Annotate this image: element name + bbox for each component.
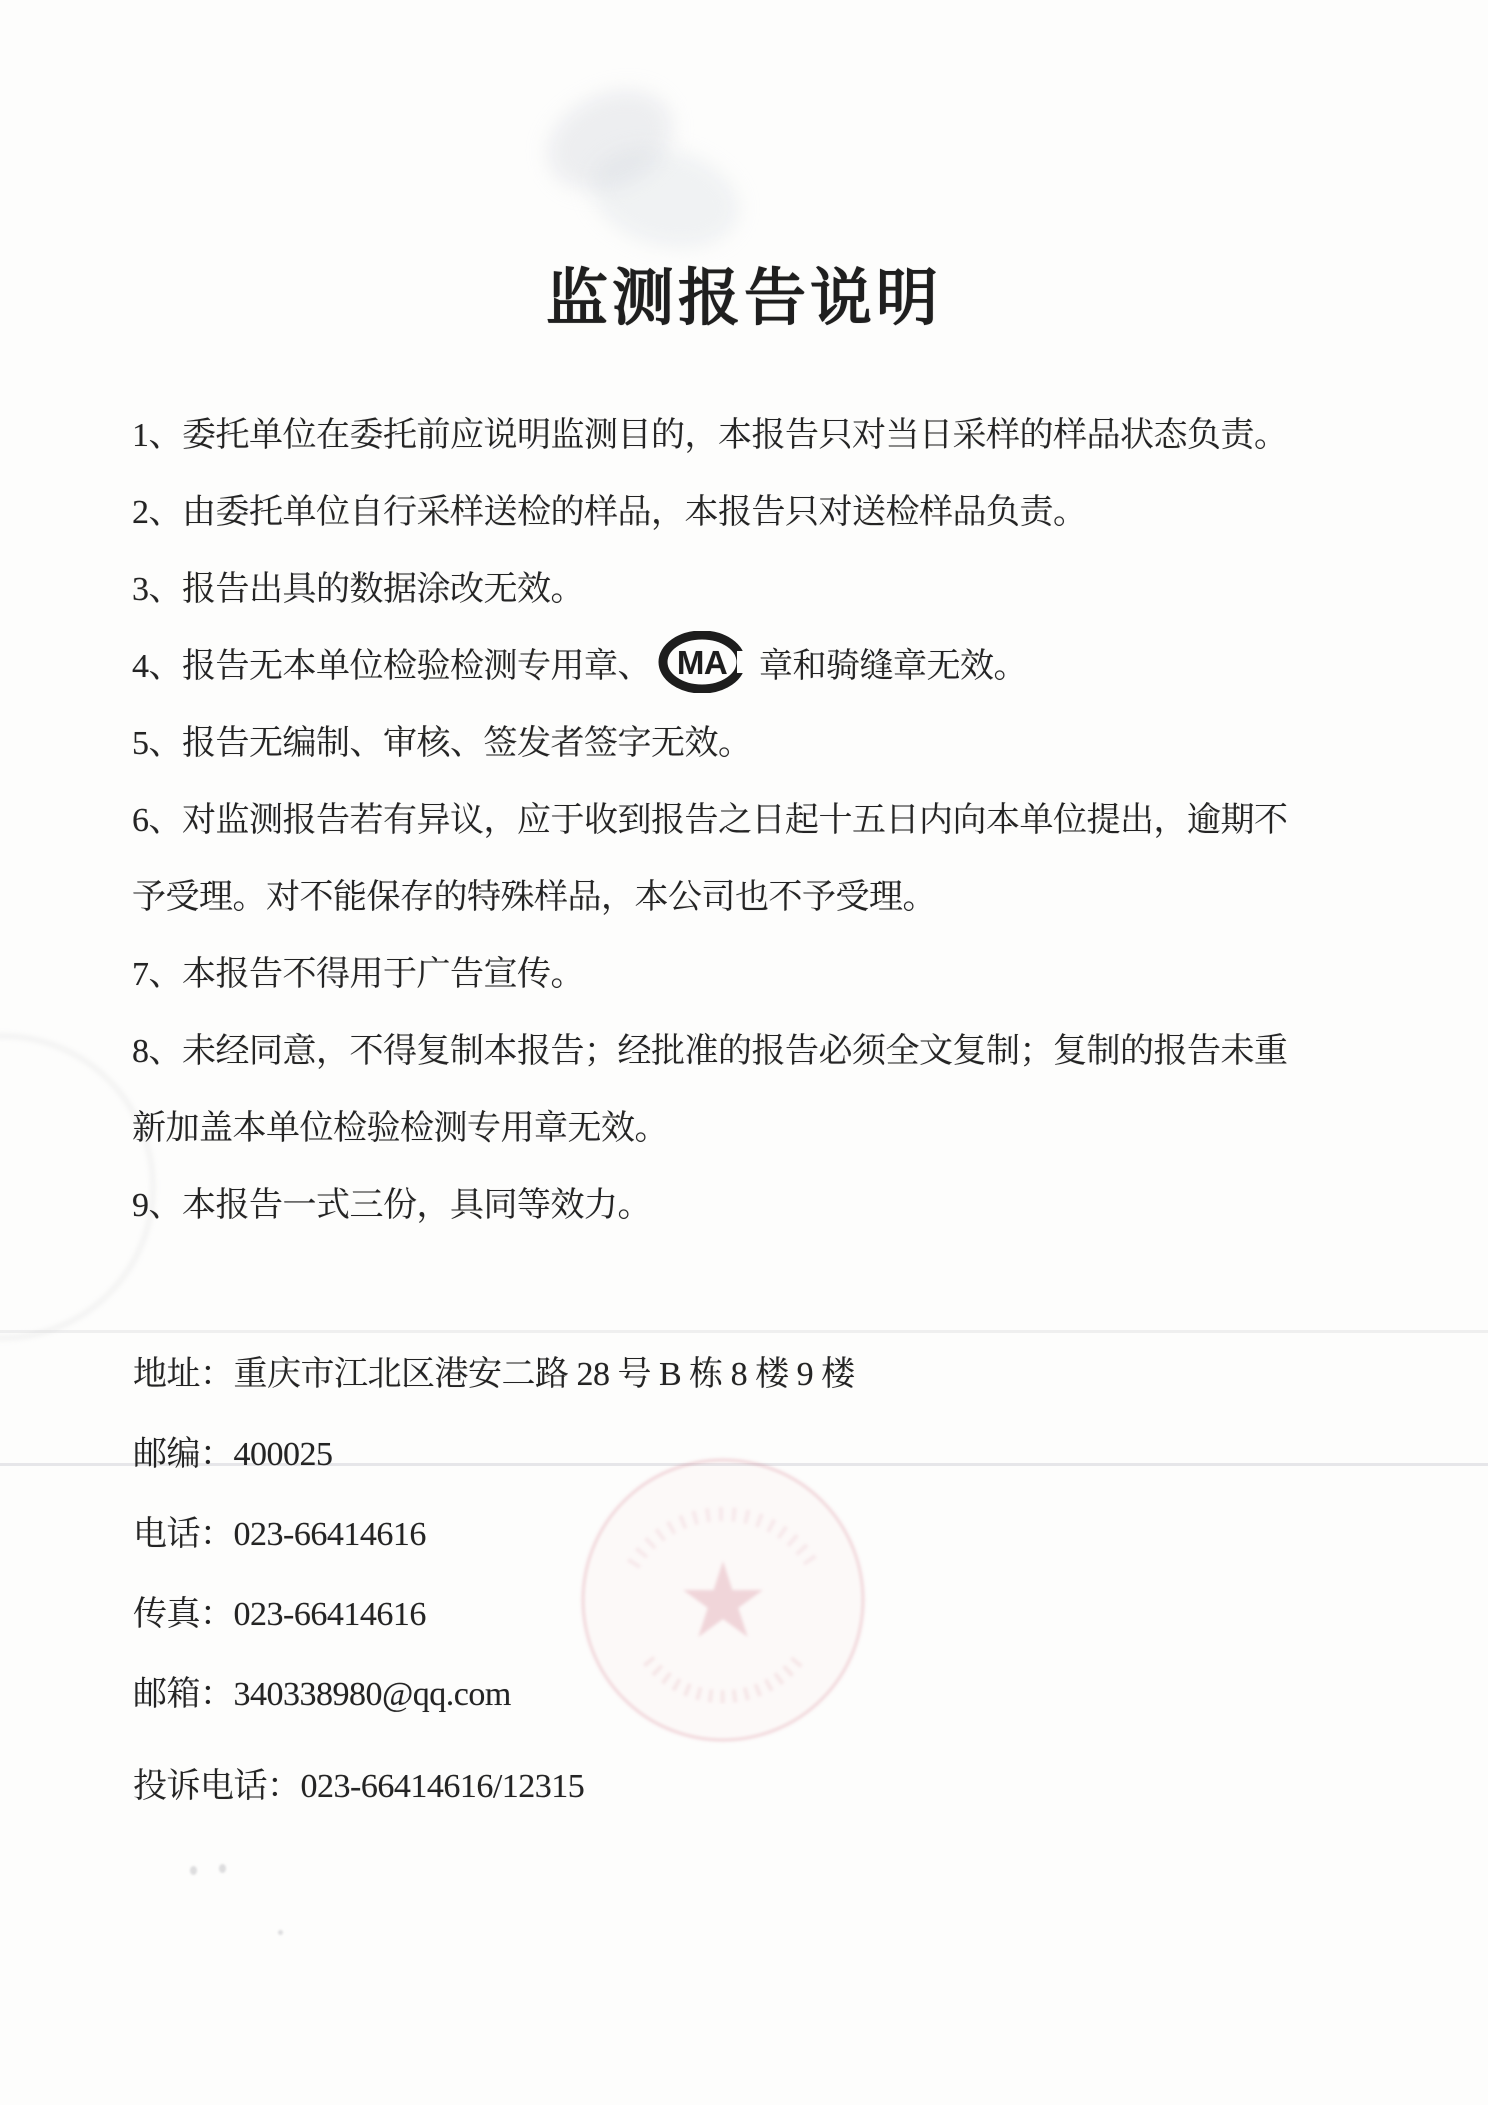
contact-row-complaint-phone: 投诉电话：023-66414616/12315 bbox=[133, 1747, 855, 1827]
note-line-9: 9、本报告一式三份，具同等效力。 bbox=[132, 1167, 1412, 1244]
scanned-report-notes-page: 监测报告说明 1、委托单位在委托前应说明监测目的，本报告只对当日采样的样品状态负… bbox=[0, 0, 1488, 2105]
contact-value: 023-66414616 bbox=[234, 1516, 426, 1553]
contact-label: 邮编： bbox=[133, 1436, 234, 1473]
note-line-7: 7、本报告不得用于广告宣传。 bbox=[132, 936, 1412, 1013]
contact-value: 400025 bbox=[234, 1436, 333, 1473]
contact-value: 023-66414616/12315 bbox=[301, 1768, 585, 1805]
note-line-8: 8、未经同意，不得复制本报告；经批准的报告必须全文复制；复制的报告未重 bbox=[132, 1013, 1412, 1090]
note-line-6: 6、对监测报告若有异议，应于收到报告之日起十五日内向本单位提出，逾期不 bbox=[132, 782, 1412, 859]
contact-value: 023-66414616 bbox=[234, 1596, 426, 1633]
note-line-6-cont: 予受理。对不能保存的特殊样品，本公司也不予受理。 bbox=[132, 859, 1412, 936]
page-title: 监测报告说明 bbox=[0, 248, 1488, 337]
contact-label: 邮箱： bbox=[133, 1676, 234, 1713]
contact-label: 投诉电话： bbox=[133, 1768, 301, 1805]
contact-row-address: 地址：重庆市江北区港安二路 28 号 B 栋 8 楼 9 楼 bbox=[133, 1335, 855, 1415]
contact-label: 地址： bbox=[133, 1356, 234, 1393]
note-line-4: 4、报告无本单位检验检测专用章、 MA 章和骑缝章无效。 bbox=[132, 628, 1412, 705]
note-line-2: 2、由委托单位自行采样送检的样品，本报告只对送检样品负责。 bbox=[132, 474, 1412, 551]
scan-speck bbox=[190, 1866, 197, 1875]
contact-label: 电话： bbox=[133, 1516, 234, 1553]
note-line-3: 3、报告出具的数据涂改无效。 bbox=[132, 551, 1412, 628]
scan-speck bbox=[278, 1930, 283, 1935]
scan-speck bbox=[219, 1864, 226, 1873]
contact-label: 传真： bbox=[133, 1596, 234, 1633]
contact-info-block: 地址：重庆市江北区港安二路 28 号 B 栋 8 楼 9 楼 邮编：400025… bbox=[133, 1335, 855, 1827]
contact-row-postcode: 邮编：400025 bbox=[133, 1415, 855, 1495]
scan-ghost-arc bbox=[0, 1035, 154, 1339]
scan-line-upper bbox=[0, 1330, 1488, 1333]
contact-value: 340338980@qq.com bbox=[234, 1676, 511, 1713]
scan-smudge-top bbox=[532, 72, 688, 209]
contact-row-email: 邮箱：340338980@qq.com bbox=[133, 1655, 855, 1735]
report-notes-list: 1、委托单位在委托前应说明监测目的，本报告只对当日采样的样品状态负责。 2、由委… bbox=[132, 397, 1412, 1244]
note-line-5: 5、报告无编制、审核、签发者签字无效。 bbox=[132, 705, 1412, 782]
note-line-1: 1、委托单位在委托前应说明监测目的，本报告只对当日采样的样品状态负责。 bbox=[132, 397, 1412, 474]
contact-row-phone: 电话：023-66414616 bbox=[133, 1495, 855, 1575]
note-line-8-cont: 新加盖本单位检验检测专用章无效。 bbox=[132, 1090, 1412, 1167]
svg-text:MA: MA bbox=[677, 644, 727, 681]
cma-accreditation-mark-icon: MA bbox=[657, 631, 751, 693]
contact-row-fax: 传真：023-66414616 bbox=[133, 1575, 855, 1655]
contact-value: 重庆市江北区港安二路 28 号 B 栋 8 楼 9 楼 bbox=[234, 1356, 855, 1393]
scan-smudge-top-2 bbox=[580, 132, 749, 263]
